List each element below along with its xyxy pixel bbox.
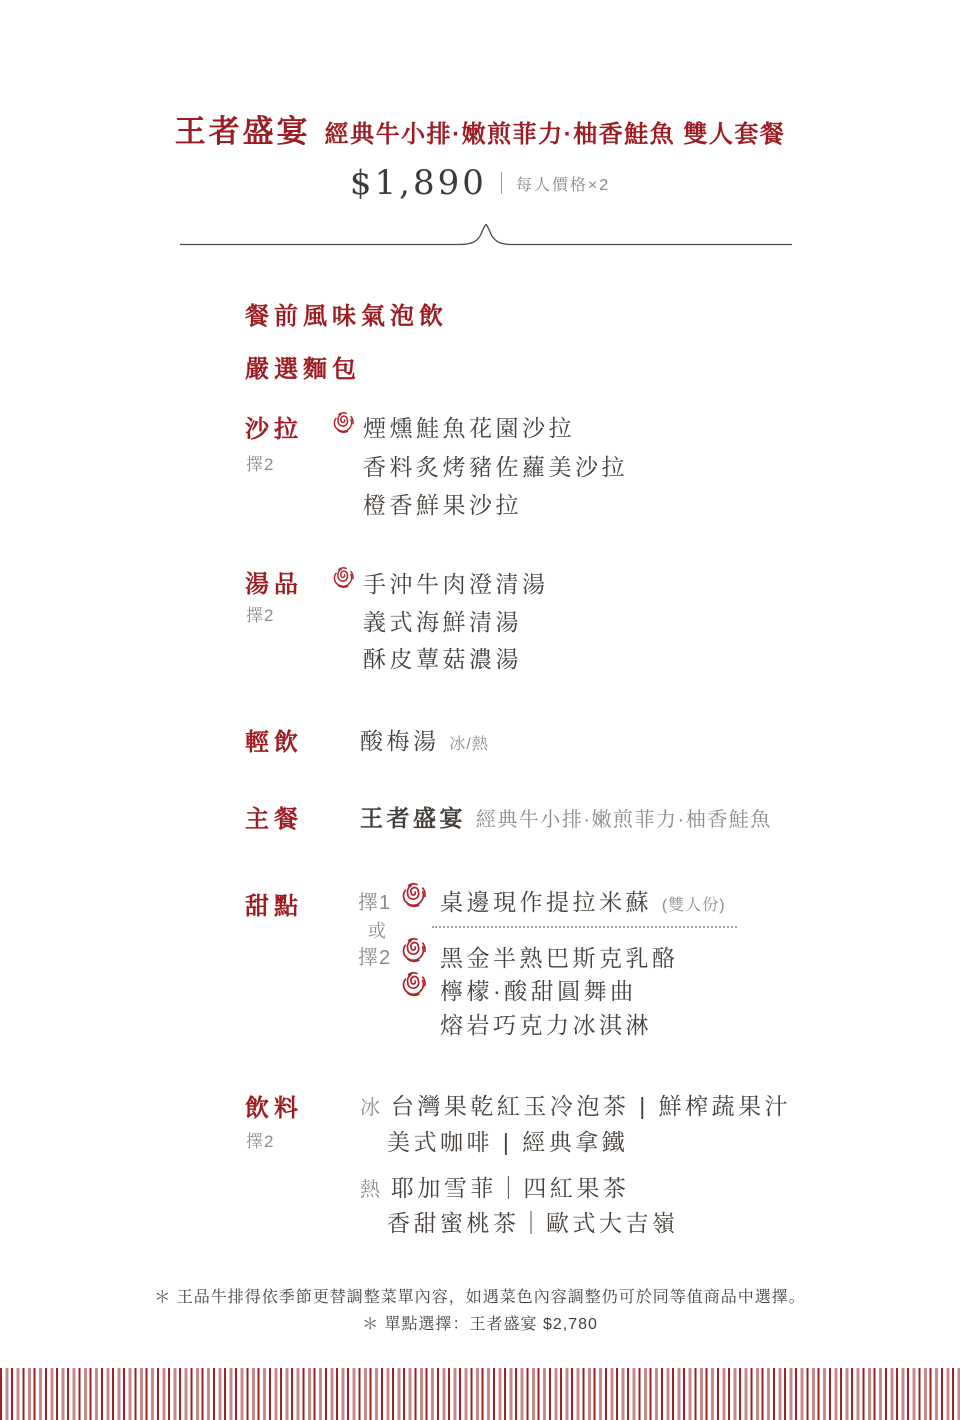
dessert-item-2: 黑金半熟巴斯克乳酪 [440,940,679,973]
drinks-label: 飲料 [245,1088,303,1123]
divider-line [180,224,792,246]
menu-title: 王者盛宴 [175,106,311,151]
main-note: 經典牛小排·嫩煎菲力·柚香鮭魚 [476,809,772,831]
dessert-label: 甜點 [245,886,303,921]
soup-choose: 擇2 [246,601,274,626]
course-bread: 嚴選麵包 [245,349,361,384]
menu-subtitle: 經典牛小排·嫩煎菲力·柚香鮭魚 雙人套餐 [325,114,786,149]
drinks-hot-line-1: 熱 耶加雪菲｜四紅果茶 [360,1170,629,1203]
menu-page: 王者盛宴 經典牛小排·嫩煎菲力·柚香鮭魚 雙人套餐 $1,890 每人價格×2 … [0,0,960,1420]
price-row: $1,890 每人價格×2 [0,163,960,203]
soup-item: 手沖牛肉澄清湯 [363,566,549,599]
salad-label: 沙拉 [245,409,303,444]
stripe-footer-decoration [0,1368,960,1420]
footnote-2: ＊ 單點選擇：王者盛宴 $2,780 [0,1311,960,1334]
light-drink-note: 冰/熱 [449,736,488,753]
rose-icon [396,932,432,968]
drinks-hot-prefix: 熱 [360,1179,381,1201]
light-drink-label: 輕飲 [245,722,303,757]
dessert-dotted-separator [432,926,737,928]
light-drink-name: 酸梅湯 [360,728,440,754]
drinks-hot-line-2: 香甜蜜桃茶｜歐式大吉嶺 [387,1205,679,1238]
salad-item: 橙香鮮果沙拉 [363,487,522,520]
salad-item: 煙燻鮭魚花園沙拉 [363,410,575,443]
main-name: 王者盛宴 [360,805,466,831]
price-divider [501,172,502,194]
price-value: $1,890 [350,163,487,203]
dessert-choose2: 擇2 [358,941,391,970]
drinks-cold-prefix: 冰 [360,1097,381,1119]
salad-choose: 擇2 [246,450,274,475]
drinks-hot-line-1-text: 耶加雪菲｜四紅果茶 [391,1175,630,1201]
dessert-item-3: 檸檬·酸甜圓舞曲 [440,973,637,1006]
main-item: 王者盛宴 經典牛小排·嫩煎菲力·柚香鮭魚 [360,800,772,833]
dessert-item-1-name: 桌邊現作提拉米蘇 [440,889,652,915]
price-note: 每人價格×2 [516,172,610,195]
drinks-cold-line-2: 美式咖啡 | 經典拿鐵 [387,1124,628,1157]
dessert-item-1: 桌邊現作提拉米蘇 (雙人份) [440,884,726,917]
soup-item: 酥皮蕈菇濃湯 [363,641,522,674]
dessert-item-1-note: (雙人份) [662,897,726,914]
menu-header: 王者盛宴 經典牛小排·嫩煎菲力·柚香鮭魚 雙人套餐 [0,106,960,151]
main-label: 主餐 [245,799,303,834]
dessert-item-4: 熔岩巧克力冰淇淋 [440,1007,652,1040]
rose-icon [328,562,359,593]
drinks-cold-line-1: 冰 台灣果乾紅玉冷泡茶 | 鮮榨蔬果汁 [360,1088,791,1121]
footnote-1: ＊ 王品牛排得依季節更替調整菜單內容，如遇菜色內容調整仍可於同等值商品中選擇。 [0,1284,960,1307]
salad-item: 香料炙烤豬佐蘿美沙拉 [363,449,628,482]
rose-icon [396,877,432,913]
soup-label: 湯品 [245,564,303,599]
drinks-cold-line-1-text: 台灣果乾紅玉冷泡茶 | 鮮榨蔬果汁 [391,1093,791,1119]
soup-item: 義式海鮮清湯 [363,604,522,637]
light-drink-item: 酸梅湯 冰/熱 [360,723,489,756]
course-predrink: 餐前風味氣泡飲 [245,296,448,331]
dessert-choose1: 擇1 [358,886,391,915]
rose-icon [396,966,432,1002]
rose-icon [328,407,359,438]
drinks-choose: 擇2 [246,1127,274,1152]
dessert-or: 或 [368,917,387,943]
